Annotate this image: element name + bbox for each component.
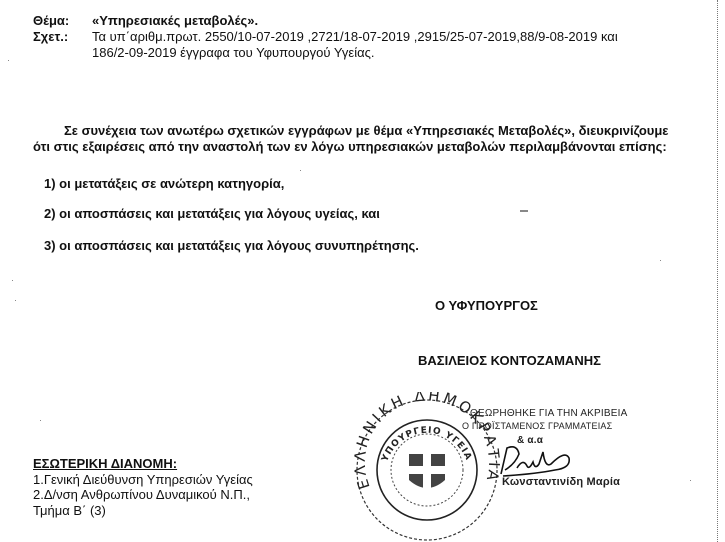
list-item: 1) οι μετατάξεις σε ανώτερη κατηγορία, bbox=[44, 176, 284, 191]
reference-label: Σχετ.: bbox=[33, 29, 68, 44]
signatory-title: Ο ΥΦΥΠΟΥΡΓΟΣ bbox=[435, 298, 538, 313]
certification-signer: Κωνσταντινίδη Μαρία bbox=[502, 476, 620, 488]
scan-speck bbox=[12, 280, 13, 281]
subject-value: «Υπηρεσιακές μεταβολές». bbox=[92, 13, 258, 28]
distribution-title: ΕΣΩΤΕΡΙΚΗ ΔΙΑΝΟΜΗ: bbox=[33, 456, 253, 472]
internal-distribution: ΕΣΩΤΕΡΙΚΗ ΔΙΑΝΟΜΗ: 1.Γενική Διεύθυνση Υπ… bbox=[33, 456, 253, 518]
list-item: 2) οι αποσπάσεις και μετατάξεις για λόγο… bbox=[44, 206, 380, 221]
certification-line-2: Ο ΠΡΟΪΣΤΑΜΕΝΟΣ ΓΡΑΜΜΑΤΕΙΑΣ bbox=[462, 421, 612, 431]
body-line-2: ότι στις εξαιρέσεις από την αναστολή των… bbox=[33, 139, 667, 154]
scan-speck bbox=[520, 210, 528, 212]
reference-line-2: 186/2-09-2019 έγγραφα του Υφυπουργού Υγε… bbox=[92, 45, 375, 60]
scan-speck bbox=[690, 480, 691, 481]
certification-line-1: ΘΕΩΡΗΘΗΚΕ ΓΙΑ ΤΗΝ ΑΚΡΙΒΕΙΑ bbox=[470, 408, 628, 419]
scan-speck bbox=[40, 420, 41, 421]
body-line-1: Σε συνέχεια των ανωτέρω σχετικών εγγράφω… bbox=[64, 123, 668, 138]
page-edge-border bbox=[717, 0, 718, 542]
scan-speck bbox=[660, 260, 661, 261]
subject-label: Θέμα: bbox=[33, 13, 69, 28]
scan-speck bbox=[15, 300, 16, 301]
reference-line-1: Τα υπ΄αριθμ.πρωτ. 2550/10-07-2019 ,2721/… bbox=[92, 29, 618, 44]
distribution-item: 1.Γενική Διεύθυνση Υπηρεσιών Υγείας bbox=[33, 472, 253, 488]
distribution-item: 2.Δ/νση Ανθρωπίνου Δυναμικού Ν.Π., bbox=[33, 487, 253, 503]
signatory-name: ΒΑΣΙΛΕΙΟΣ ΚΟΝΤΟΖΑΜΑΝΗΣ bbox=[418, 353, 601, 368]
list-item: 3) οι αποσπάσεις και μετατάξεις για λόγο… bbox=[44, 238, 419, 253]
scan-speck bbox=[300, 170, 301, 171]
scan-speck bbox=[8, 60, 9, 61]
distribution-item: Τμήμα Β΄ (3) bbox=[33, 503, 253, 519]
handwritten-signature-icon bbox=[495, 440, 575, 480]
